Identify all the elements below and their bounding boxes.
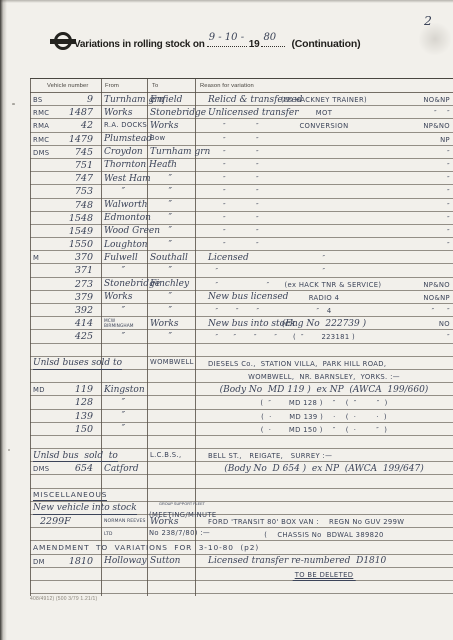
- col-header-reason: Reason for variation: [200, 83, 254, 89]
- cell-from: Works: [101, 291, 147, 303]
- rl: ″ ″: [208, 202, 259, 210]
- ttxt: Southall: [150, 253, 188, 263]
- pfx: RMC: [33, 109, 49, 117]
- num: 42: [81, 120, 93, 131]
- cell-vehicle-number: DMS745: [30, 146, 101, 158]
- cell-from: [101, 475, 147, 487]
- ttxt: WOMBWELL: [150, 358, 194, 366]
- cell-vehicle-number: 425: [30, 330, 101, 342]
- table-row: WOMBWELL, NR. BARNSLEY, YORKS. :—: [30, 370, 453, 383]
- pfx: MD: [33, 386, 45, 394]
- cell-to: [147, 475, 195, 487]
- rl: ″ ″: [208, 122, 259, 130]
- spanl: MISCELLANEOUS: [33, 490, 107, 501]
- cell-vehicle-number: 748: [30, 199, 101, 211]
- cell-vehicle-number: [30, 475, 101, 487]
- rc: ″ 4: [316, 307, 331, 315]
- rr: NO&NP: [423, 96, 450, 104]
- rl: FORD 'TRANSIT 80' BOX VAN : REGN No GUV …: [208, 518, 404, 526]
- rl: ″ ″: [208, 136, 259, 144]
- cell-vehicle-number: New vehicle into stock: [30, 502, 101, 514]
- ttxt: ″: [169, 160, 172, 170]
- cell-reason: ″ ″″: [195, 199, 453, 211]
- ftxt: Catford: [104, 464, 139, 474]
- rl: Unlicensed transfer: [208, 108, 299, 118]
- ftxt: ″: [122, 424, 125, 434]
- cell-reason: DIESELS Co., STATION VILLA, PARK HILL RO…: [195, 357, 453, 369]
- cell-from: ″: [101, 185, 147, 197]
- ftxt: Works: [104, 108, 132, 118]
- pfx: RMC: [33, 136, 49, 144]
- cell-from: ″: [101, 264, 147, 276]
- table-rows: BS9Turnham grnEnfieldRelicd & transferre…: [30, 93, 453, 594]
- cell-reason: [195, 489, 453, 501]
- table-header-row: Vehicle number From To Reason for variat…: [30, 79, 453, 93]
- cell-from: ″: [101, 396, 147, 408]
- date-dotted-line: 9 - 10 -: [207, 36, 247, 47]
- cell-vehicle-number: Unlsd buses sold to: [30, 357, 101, 369]
- table-row: 1550Loughton″ ″ ″″: [30, 238, 453, 251]
- cell-from: Kingston: [101, 383, 147, 395]
- rr: ″ ″: [434, 109, 450, 117]
- ttxt: ″: [169, 213, 172, 223]
- table-row-blank: [30, 436, 453, 449]
- cell-vehicle-number: 392: [30, 304, 101, 316]
- cell-from: Loughton: [101, 238, 147, 250]
- cell-to: ″: [147, 291, 195, 303]
- ttxt: ″: [169, 226, 172, 236]
- table-row: MD119Kingston(Body No MD 119 ) ex NP (AW…: [30, 383, 453, 396]
- cell-reason: Licensed″: [195, 251, 453, 263]
- cell-reason: ( · MD 139 ) · ( · · ): [195, 410, 453, 422]
- num: 2299F: [40, 516, 71, 527]
- year-dotted-line: 80: [261, 36, 285, 47]
- num: 414: [75, 318, 93, 329]
- cell-to: [147, 581, 195, 593]
- cell-to: [147, 436, 195, 448]
- cell-vehicle-number: [30, 581, 101, 593]
- pfx: RMA: [33, 122, 49, 130]
- cell-from: [101, 436, 147, 448]
- scan-edge-shadow-top: [0, 0, 453, 3]
- rr: ″: [447, 241, 450, 249]
- cell-vehicle-number: 150: [30, 423, 101, 435]
- rl: ″: [208, 267, 218, 275]
- spanl: Unlsd buses sold to: [33, 358, 122, 370]
- ftxt: Holloway: [104, 556, 147, 566]
- cell-to: [147, 370, 195, 382]
- rr: ″ ″: [432, 307, 450, 315]
- table-row: 1549Wood Green″ ″ ″″: [30, 225, 453, 238]
- cell-from: R.A. DOCKS: [101, 119, 147, 131]
- table-row: 139″( · MD 139 ) · ( · · ): [30, 410, 453, 423]
- ttxt: ″: [169, 187, 172, 197]
- rr: NO: [439, 320, 450, 328]
- rolling-stock-table: Vehicle number From To Reason for variat…: [30, 78, 453, 596]
- cell-from: Thornton Heath: [101, 159, 147, 171]
- cell-to: Southall: [147, 251, 195, 263]
- cell-to: [147, 462, 195, 474]
- num: 1810: [69, 556, 93, 567]
- year-handwritten: 80: [263, 32, 276, 43]
- rc: ( · MD 150 ) ″ ( · ″ ): [261, 426, 387, 434]
- ftxt: Loughton: [104, 240, 148, 250]
- table-row: MISCELLANEOUS: [30, 489, 453, 502]
- table-row: 425″″ ″ ″ ″ ″( ″ 223181 )″: [30, 330, 453, 343]
- cell-reason: ″ ″″: [195, 185, 453, 197]
- cell-to: WOMBWELL: [147, 357, 195, 369]
- rl: ″ ″: [208, 215, 259, 223]
- cell-from: [101, 568, 147, 580]
- num: 1548: [69, 213, 93, 224]
- london-transport-roundel-icon: [50, 31, 76, 51]
- ftxt: ″: [122, 187, 125, 197]
- ftxt: Edmonton: [104, 213, 151, 223]
- cell-from: Edmonton: [101, 212, 147, 224]
- cell-reason: ″ ″″: [195, 225, 453, 237]
- table-row: TO BE DELETED: [30, 568, 453, 581]
- cell-from: Plumstead: [101, 133, 147, 145]
- cell-vehicle-number: 139: [30, 410, 101, 422]
- cell-reason: (Body No D 654 ) ex NP (AWCA 199/647): [195, 462, 453, 474]
- cell-from: Wood Green: [101, 225, 147, 237]
- cell-from: ″: [101, 330, 147, 342]
- cell-to: [147, 489, 195, 501]
- form-title-line: Variations in rolling stock on 9 - 10 - …: [74, 36, 360, 50]
- continuation-label: (Continuation): [291, 38, 360, 50]
- ftxt: ″: [122, 266, 125, 276]
- cell-reason: ″ ″″: [195, 212, 453, 224]
- rl: ″ ″ ″ ″: [208, 333, 277, 341]
- col-header-from: From: [105, 83, 119, 89]
- cell-to: Sutton: [147, 555, 195, 567]
- ftxt: ″: [122, 398, 125, 408]
- table-row: 747West Ham″ ″ ″″: [30, 172, 453, 185]
- rc: (Eng No 222739 ): [282, 319, 366, 329]
- cell-to: ″: [147, 159, 195, 171]
- cell-to: ″: [147, 185, 195, 197]
- ftxt: R.A. DOCKS: [104, 121, 147, 129]
- table-row: Unlsd buses sold toWOMBWELLDIESELS Co., …: [30, 357, 453, 370]
- cell-to: [147, 396, 195, 408]
- date-handwritten: 9 - 10 -: [209, 32, 244, 43]
- rl: ″ ″ ″: [208, 307, 259, 315]
- cell-vehicle-number: 1548: [30, 212, 101, 224]
- pfx: BS: [33, 96, 43, 104]
- cell-reason: BELL ST., REIGATE, SURREY :—: [195, 449, 453, 461]
- rc: ″: [323, 267, 326, 275]
- cell-to: ″: [147, 199, 195, 211]
- rc: ( ″ MD 128 ) ″ ( ″ ″ ): [260, 399, 387, 407]
- rl: BELL ST., REIGATE, SURREY :—: [208, 452, 332, 460]
- num: 751: [75, 160, 93, 171]
- cell-reason: ″″ (ex HACK TNR & SERVICE)NP&NO: [195, 278, 453, 290]
- table-row: M370FulwellSouthallLicensed″: [30, 251, 453, 264]
- cell-to: [147, 383, 195, 395]
- cell-reason: (Body No MD 119 ) ex NP (AWCA 199/660): [195, 383, 453, 395]
- ftxt: Works: [104, 292, 132, 302]
- cell-reason: ( CHASSIS No BDWAL 389820: [195, 528, 453, 540]
- cell-from: ″: [101, 410, 147, 422]
- rc: ( · MD 139 ) · ( · · ): [261, 413, 387, 421]
- rc: (Body No MD 119 ) ex NP (AWCA 199/660): [220, 385, 429, 395]
- ftxt: Kingston: [104, 385, 145, 395]
- table-row: 150″( · MD 150 ) ″ ( · ″ ): [30, 423, 453, 436]
- cell-from: [101, 581, 147, 593]
- cell-vehicle-number: RMA42: [30, 119, 101, 131]
- cell-vehicle-number: MISCELLANEOUS: [30, 489, 101, 501]
- cell-to: Stonebridge: [147, 106, 195, 118]
- rl: ″ ″: [208, 175, 259, 183]
- num: 745: [75, 147, 93, 158]
- spanl: Unlsd bus sold to: [33, 451, 118, 463]
- cell-from: Works: [101, 106, 147, 118]
- ttxt: Bow: [150, 134, 165, 142]
- ftxt: Plumstead: [104, 134, 152, 144]
- cell-vehicle-number: 371: [30, 264, 101, 276]
- table-row: 751Thornton Heath″ ″ ″″: [30, 159, 453, 172]
- spanl: AMENDMENT TO VARIATIONS FOR 3-10-80 (p2): [33, 543, 259, 552]
- cell-to: ″: [147, 304, 195, 316]
- f2b: BIRMINGHAM: [104, 324, 134, 329]
- cell-vehicle-number: Unlsd bus sold to: [30, 449, 101, 461]
- cell-vehicle-number: 2299F: [30, 515, 101, 527]
- rc: WOMBWELL, NR. BARNSLEY, YORKS. :—: [248, 373, 400, 381]
- rr: ″: [447, 149, 450, 157]
- table-row: RMC1487WorksStonebridgeUnlicensed transf…: [30, 106, 453, 119]
- cell-reason: ″ ″ ″ ″( ″ 223181 )″: [195, 330, 453, 342]
- table-row: 128″( ″ MD 128 ) ″ ( ″ ″ ): [30, 396, 453, 409]
- num: 753: [75, 186, 93, 197]
- ttxt: Works: [150, 121, 178, 131]
- cell-vehicle-number: 753: [30, 185, 101, 197]
- ftxt: ″: [122, 411, 125, 421]
- rl: ″ ″: [208, 241, 259, 249]
- cell-vehicle-number: BS9: [30, 93, 101, 105]
- ftxt: West Ham: [104, 174, 151, 184]
- table-row: Unlsd bus sold toL.C.B.S.,BELL ST., REIG…: [30, 449, 453, 462]
- rl: DIESELS Co., STATION VILLA, PARK HILL RO…: [208, 360, 386, 368]
- roundel-bar: [50, 39, 76, 44]
- cell-vehicle-number: [30, 370, 101, 382]
- cell-to: Works: [147, 119, 195, 131]
- cell-reason: [195, 475, 453, 487]
- cell-from: Croydon: [101, 146, 147, 158]
- cell-to: ″: [147, 238, 195, 250]
- rl: ″ ″: [208, 188, 259, 196]
- cell-vehicle-number: AMENDMENT TO VARIATIONS FOR 3-10-80 (p2): [30, 541, 101, 553]
- table-row: 392″″ ″ ″ ″″ 4″ ″: [30, 304, 453, 317]
- cell-to: Bow: [147, 133, 195, 145]
- cell-reason: ″ ″ ″″ 4″ ″: [195, 304, 453, 316]
- num: 370: [75, 252, 93, 263]
- rr: NO&NP: [423, 294, 450, 302]
- col-header-vehicle-number: Vehicle number: [47, 83, 88, 89]
- cell-reason: TO BE DELETED: [195, 568, 453, 580]
- cell-to: Works: [147, 317, 195, 329]
- spanl: New vehicle into stock: [33, 503, 137, 515]
- rc: ″: [323, 254, 326, 262]
- rl: ″ ″: [208, 228, 259, 236]
- table-row: 414MCWBIRMINGHAMWorksNew bus into stock(…: [30, 317, 453, 330]
- ttxt: Enfield: [150, 95, 182, 105]
- ftxt: NORMAN REEVES: [104, 519, 146, 524]
- ftxt: Walworth: [104, 200, 148, 210]
- ttxt: ″: [169, 174, 172, 184]
- ttxt: Works: [150, 517, 178, 527]
- num: 748: [75, 200, 93, 211]
- rr: ″: [447, 202, 450, 210]
- num: 119: [75, 384, 93, 395]
- rc: (Body No D 654 ) ex NP (AWCA 199/647): [224, 464, 423, 474]
- rl: ″: [208, 281, 218, 289]
- num: 379: [75, 292, 93, 303]
- table-row: DMS745CroydonTurnham grn ″ ″″: [30, 146, 453, 159]
- ftxt: LTD: [104, 532, 113, 537]
- pfx: M: [33, 254, 39, 262]
- table-row: 753″″ ″ ″″: [30, 185, 453, 198]
- table-row-blank: [30, 475, 453, 488]
- cell-vehicle-number: [30, 528, 101, 540]
- ttxt: Sutton: [150, 556, 180, 566]
- cell-to: [147, 568, 195, 580]
- cell-to: [147, 528, 195, 540]
- cell-vehicle-number: [30, 344, 101, 356]
- rl: ″ ″: [208, 149, 259, 157]
- rl: Licensed: [208, 253, 249, 263]
- cell-vehicle-number: 128: [30, 396, 101, 408]
- cell-vehicle-number: 414: [30, 317, 101, 329]
- cell-to: [147, 423, 195, 435]
- cell-from: [101, 370, 147, 382]
- cell-to: ″: [147, 225, 195, 237]
- table-row: DM1810HollowaySuttonLicensed transfer re…: [30, 555, 453, 568]
- num: 392: [75, 305, 93, 316]
- rc: MOT: [316, 109, 332, 117]
- pfx: DMS: [33, 465, 49, 473]
- cell-to: [147, 410, 195, 422]
- cell-reason: ″ ″″: [195, 172, 453, 184]
- rl: Licensed transfer re-numbered D1810: [208, 556, 386, 566]
- ttxt: ″: [169, 332, 172, 342]
- f2a: MCW: [104, 319, 115, 324]
- cell-vehicle-number: RMC1479: [30, 133, 101, 145]
- ftxt: Croydon: [104, 147, 143, 157]
- num: 273: [75, 279, 93, 290]
- num: 139: [75, 411, 93, 422]
- rr: ″: [447, 175, 450, 183]
- table-row: 2299FNORMAN REEVESWorksFORD 'TRANSIT 80'…: [30, 515, 453, 528]
- rr: NP&NO: [423, 122, 450, 130]
- rr: ″: [447, 188, 450, 196]
- rr: NP&NO: [423, 281, 450, 289]
- num: 9: [87, 94, 93, 105]
- cell-reason: [195, 344, 453, 356]
- rc: ″ (ex HACK TNR & SERVICE): [267, 281, 382, 289]
- pfx: DMS: [33, 149, 49, 157]
- rl: ″ ″: [208, 162, 259, 170]
- table-row: RMA42R.A. DOCKSWorks ″ ″CONVERSIONNP&NO: [30, 119, 453, 132]
- table-row: AMENDMENT TO VARIATIONS FOR 3-10-80 (p2): [30, 541, 453, 554]
- rc: CONVERSION: [299, 122, 348, 130]
- cell-from: Walworth: [101, 199, 147, 211]
- ttxt: ″: [169, 240, 172, 250]
- cell-from: Catford: [101, 462, 147, 474]
- table-row: BS9Turnham grnEnfieldRelicd & transferre…: [30, 93, 453, 106]
- ttxt: ″: [169, 292, 172, 302]
- table-row: 371″″ ″″: [30, 264, 453, 277]
- rc: TO BE DELETED: [293, 571, 356, 581]
- cell-from: Turnham grn: [101, 93, 147, 105]
- rr: ″: [447, 333, 450, 341]
- cell-reason: ″″: [195, 264, 453, 276]
- cell-from: Fulwell: [101, 251, 147, 263]
- num: 1550: [69, 239, 93, 250]
- table-row: DMS654Catford(Body No D 654 ) ex NP (AWC…: [30, 462, 453, 475]
- form-title: Variations in rolling stock on: [74, 39, 205, 50]
- rc: (as HACKNEY TRAINER): [281, 96, 367, 104]
- ttxt: ″: [169, 200, 172, 210]
- cell-to: GROUP SUPPORT FLEET(MEETING/MINUTE No 23…: [147, 502, 195, 514]
- rr: NP: [440, 136, 450, 144]
- cell-from: Holloway: [101, 555, 147, 567]
- ftxt: ″: [122, 332, 125, 342]
- rc: RADIO 4: [309, 294, 340, 302]
- table-row: RMC1479PlumsteadBow ″ ″NP: [30, 133, 453, 146]
- cell-from: [101, 489, 147, 501]
- table-row: 1548Edmonton″ ″ ″″: [30, 212, 453, 225]
- rr: ″: [447, 162, 450, 170]
- cell-reason: Relicd & transferred(as HACKNEY TRAINER)…: [195, 93, 453, 105]
- table-row: New vehicle into stockGROUP SUPPORT FLEE…: [30, 502, 453, 515]
- cell-reason: ″ ″″: [195, 159, 453, 171]
- pfx: DM: [33, 558, 45, 566]
- num: 150: [75, 424, 93, 435]
- cell-from: West Ham: [101, 172, 147, 184]
- cell-to: ″: [147, 330, 195, 342]
- scan-edge-shadow: [0, 0, 7, 640]
- num: 1479: [69, 134, 93, 145]
- cell-from: NORMAN REEVES: [101, 515, 147, 527]
- table-row: 748Walworth″ ″ ″″: [30, 199, 453, 212]
- table-row: 379Works″New bus licensedRADIO 4NO&NP: [30, 291, 453, 304]
- cell-reason: [195, 436, 453, 448]
- cell-to: ″: [147, 264, 195, 276]
- num: 747: [75, 173, 93, 184]
- form-print-code: 408/4912) (500 3/79 1.21/1): [30, 596, 97, 602]
- table-row-blank: [30, 344, 453, 357]
- cell-reason: Unlicensed transferMOT″ ″: [195, 106, 453, 118]
- scan-speck: [8, 449, 10, 451]
- cell-reason: ″ ″″: [195, 238, 453, 250]
- cell-vehicle-number: RMC1487: [30, 106, 101, 118]
- rc: ( CHASSIS No BDWAL 389820: [264, 531, 383, 539]
- cell-vehicle-number: 751: [30, 159, 101, 171]
- ttxt: ″: [169, 306, 172, 316]
- table-row-blank: [30, 581, 453, 594]
- cell-reason: ( · MD 150 ) ″ ( · ″ ): [195, 423, 453, 435]
- cell-reason: Licensed transfer re-numbered D1810: [195, 555, 453, 567]
- cell-reason: WOMBWELL, NR. BARNSLEY, YORKS. :—: [195, 370, 453, 382]
- table-row: LTD( CHASSIS No BDWAL 389820: [30, 528, 453, 541]
- cell-to: [147, 344, 195, 356]
- ttxt: ″: [169, 266, 172, 276]
- page-number: 2: [424, 13, 432, 28]
- rc: ( ″ 223181 ): [293, 333, 355, 341]
- num: 1487: [69, 107, 93, 118]
- cell-reason: [195, 581, 453, 593]
- cell-to: Works: [147, 515, 195, 527]
